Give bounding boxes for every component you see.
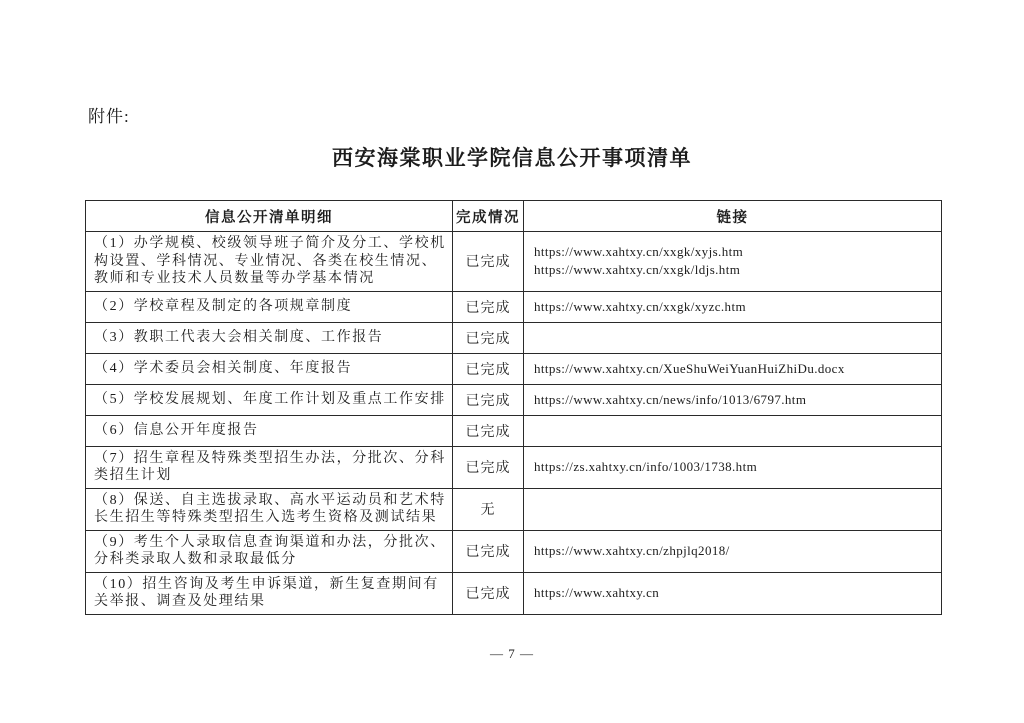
status-cell: 已完成 — [453, 530, 524, 572]
links-cell: https://www.xahtxy.cn/news/info/1013/679… — [524, 384, 942, 415]
item-cell: （10）招生咨询及考生申诉渠道，新生复查期间有关举报、调查及处理结果 — [86, 572, 453, 614]
status-cell: 已完成 — [453, 322, 524, 353]
link-url: https://www.xahtxy.cn/xxgk/xyzc.htm — [534, 298, 935, 316]
table-row: （8）保送、自主选拔录取、高水平运动员和艺术特长生招生等特殊类型招生入选考生资格… — [86, 488, 942, 530]
item-cell: （3）教职工代表大会相关制度、工作报告 — [86, 322, 453, 353]
column-header-status: 完成情况 — [453, 201, 524, 232]
links-cell: https://www.xahtxy.cn/zhpjlq2018/ — [524, 530, 942, 572]
table-row: （5）学校发展规划、年度工作计划及重点工作安排已完成https://www.xa… — [86, 384, 942, 415]
table-row: （9）考生个人录取信息查询渠道和办法，分批次、分科类录取人数和录取最低分已完成h… — [86, 530, 942, 572]
column-header-item: 信息公开清单明细 — [86, 201, 453, 232]
status-cell: 无 — [453, 488, 524, 530]
table-row: （3）教职工代表大会相关制度、工作报告已完成 — [86, 322, 942, 353]
item-cell: （6）信息公开年度报告 — [86, 415, 453, 446]
item-cell: （1）办学规模、校级领导班子简介及分工、学校机构设置、学科情况、专业情况、各类在… — [86, 232, 453, 292]
disclosure-table: 信息公开清单明细 完成情况 链接 （1）办学规模、校级领导班子简介及分工、学校机… — [85, 200, 942, 615]
item-cell: （4）学术委员会相关制度、年度报告 — [86, 353, 453, 384]
table-row: （4）学术委员会相关制度、年度报告已完成https://www.xahtxy.c… — [86, 353, 942, 384]
status-cell: 已完成 — [453, 291, 524, 322]
item-cell: （9）考生个人录取信息查询渠道和办法，分批次、分科类录取人数和录取最低分 — [86, 530, 453, 572]
link-url: https://zs.xahtxy.cn/info/1003/1738.htm — [534, 458, 935, 476]
link-url: https://www.xahtxy.cn/xxgk/xyjs.htm — [534, 243, 935, 261]
item-cell: （2）学校章程及制定的各项规章制度 — [86, 291, 453, 322]
column-header-link: 链接 — [524, 201, 942, 232]
table-row: （7）招生章程及特殊类型招生办法，分批次、分科类招生计划已完成https://z… — [86, 446, 942, 488]
attachment-label: 附件: — [88, 102, 130, 127]
link-url: https://www.xahtxy.cn/xxgk/ldjs.htm — [534, 261, 935, 279]
table-row: （1）办学规模、校级领导班子简介及分工、学校机构设置、学科情况、专业情况、各类在… — [86, 232, 942, 292]
table-row: （2）学校章程及制定的各项规章制度已完成https://www.xahtxy.c… — [86, 291, 942, 322]
item-cell: （7）招生章程及特殊类型招生办法，分批次、分科类招生计划 — [86, 446, 453, 488]
links-cell — [524, 415, 942, 446]
item-cell: （8）保送、自主选拔录取、高水平运动员和艺术特长生招生等特殊类型招生入选考生资格… — [86, 488, 453, 530]
status-cell: 已完成 — [453, 384, 524, 415]
link-url: https://www.xahtxy.cn/news/info/1013/679… — [534, 391, 935, 409]
links-cell — [524, 322, 942, 353]
link-url: https://www.xahtxy.cn — [534, 584, 935, 602]
link-url: https://www.xahtxy.cn/XueShuWeiYuanHuiZh… — [534, 360, 935, 378]
links-cell: https://zs.xahtxy.cn/info/1003/1738.htm — [524, 446, 942, 488]
link-url: https://www.xahtxy.cn/zhpjlq2018/ — [534, 542, 935, 560]
item-cell: （5）学校发展规划、年度工作计划及重点工作安排 — [86, 384, 453, 415]
page-number: — 7 — — [0, 646, 1024, 662]
status-cell: 已完成 — [453, 572, 524, 614]
table-row: （10）招生咨询及考生申诉渠道，新生复查期间有关举报、调查及处理结果已完成htt… — [86, 572, 942, 614]
links-cell: https://www.xahtxy.cn — [524, 572, 942, 614]
table-body: （1）办学规模、校级领导班子简介及分工、学校机构设置、学科情况、专业情况、各类在… — [86, 232, 942, 615]
status-cell: 已完成 — [453, 232, 524, 292]
status-cell: 已完成 — [453, 415, 524, 446]
status-cell: 已完成 — [453, 353, 524, 384]
page-title: 西安海棠职业学院信息公开事项清单 — [0, 142, 1024, 172]
links-cell: https://www.xahtxy.cn/XueShuWeiYuanHuiZh… — [524, 353, 942, 384]
table-header-row: 信息公开清单明细 完成情况 链接 — [86, 201, 942, 232]
status-cell: 已完成 — [453, 446, 524, 488]
links-cell: https://www.xahtxy.cn/xxgk/xyzc.htm — [524, 291, 942, 322]
table-row: （6）信息公开年度报告已完成 — [86, 415, 942, 446]
links-cell: https://www.xahtxy.cn/xxgk/xyjs.htmhttps… — [524, 232, 942, 292]
links-cell — [524, 488, 942, 530]
